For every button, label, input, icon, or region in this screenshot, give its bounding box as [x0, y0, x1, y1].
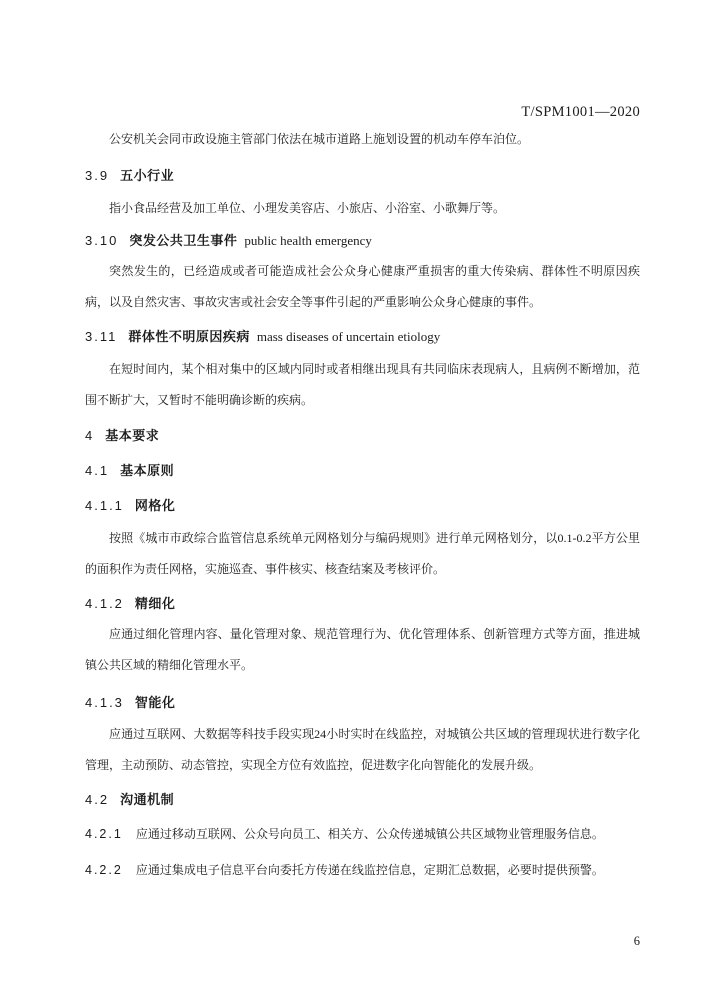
document-page: T/SPM1001—2020 公安机关会同市政设施主管部门依法在城市道路上施划设…: [0, 0, 706, 1000]
clause-4-1-3-heading: 4.1.3智能化: [85, 693, 640, 713]
section-4-2-heading: 4.2沟通机制: [85, 790, 640, 810]
term-number: 3.11: [85, 329, 117, 344]
term-3-9-definition: 指小食品经营及加工单位、小理发美容店、小旅店、小浴室、小歌舞厅等。: [85, 198, 640, 218]
clause-number: 4.2.1: [85, 827, 123, 841]
clause-4-2-1: 4.2.1应通过移动互联网、公众号向员工、相关方、公众传递城镇公共区域物业管理服…: [85, 824, 640, 844]
term-3-10-heading: 3.10突发公共卫生事件public health emergency: [85, 231, 640, 251]
clause-title: 精细化: [135, 596, 176, 611]
term-title-english: public health emergency: [244, 233, 372, 248]
page-number: 6: [85, 934, 640, 949]
intro-paragraph: 公安机关会同市政设施主管部门依法在城市道路上施划设置的机动车停车泊位。: [85, 129, 640, 149]
term-number: 3.10: [85, 233, 118, 248]
clause-title: 智能化: [135, 695, 176, 710]
clause-number: 4.2.2: [85, 863, 123, 877]
clause-4-1-1-heading: 4.1.1网格化: [85, 496, 640, 516]
term-3-11-definition: 在短时间内，某个相对集中的区域内同时或者相继出现具有共同临床表现病人，且病例不断…: [85, 354, 640, 416]
clause-4-1-3-body: 应通过互联网、大数据等科技手段实现24小时实时在线监控，对城镇公共区域的管理现状…: [85, 719, 640, 781]
clause-4-2-2: 4.2.2应通过集成电子信息平台向委托方传递在线监控信息，定期汇总数据，必要时提…: [85, 860, 640, 880]
clause-number: 4.1.3: [85, 695, 124, 710]
term-title: 五小行业: [120, 168, 174, 183]
term-3-10-definition: 突然发生的，已经造成或者可能造成社会公众身心健康严重损害的重大传染病、群体性不明…: [85, 256, 640, 318]
running-header: T/SPM1001—2020: [85, 103, 640, 121]
chapter-4-heading: 4基本要求: [85, 426, 640, 446]
clause-title: 网格化: [135, 498, 176, 513]
clause-number: 4.1.1: [85, 498, 124, 513]
section-4-1-heading: 4.1基本原则: [85, 461, 640, 481]
term-title-english: mass diseases of uncertain etiology: [257, 329, 440, 344]
term-3-11-heading: 3.11群体性不明原因疾病mass diseases of uncertain …: [85, 327, 640, 347]
chapter-number: 4: [85, 428, 94, 443]
term-title: 突发公共卫生事件: [129, 233, 237, 248]
section-number: 4.1: [85, 463, 109, 478]
clause-text: 应通过集成电子信息平台向委托方传递在线监控信息，定期汇总数据，必要时提供预警。: [136, 863, 604, 877]
term-3-9-heading: 3.9五小行业: [85, 166, 640, 186]
section-title: 沟通机制: [120, 792, 174, 807]
term-title: 群体性不明原因疾病: [128, 329, 250, 344]
clause-number: 4.1.2: [85, 596, 124, 611]
section-number: 4.2: [85, 792, 109, 807]
chapter-title: 基本要求: [105, 428, 159, 443]
clause-4-1-2-heading: 4.1.2精细化: [85, 594, 640, 614]
term-number: 3.9: [85, 168, 109, 183]
clause-4-1-2-body: 应通过细化管理内容、量化管理对象、规范管理行为、优化管理体系、创新管理方式等方面…: [85, 619, 640, 681]
clause-4-1-1-body: 按照《城市市政综合监管信息系统单元网格划分与编码规则》进行单元网格划分，以0.1…: [85, 523, 640, 585]
clause-text: 应通过移动互联网、公众号向员工、相关方、公众传递城镇公共区域物业管理服务信息。: [136, 827, 604, 841]
section-title: 基本原则: [120, 463, 174, 478]
